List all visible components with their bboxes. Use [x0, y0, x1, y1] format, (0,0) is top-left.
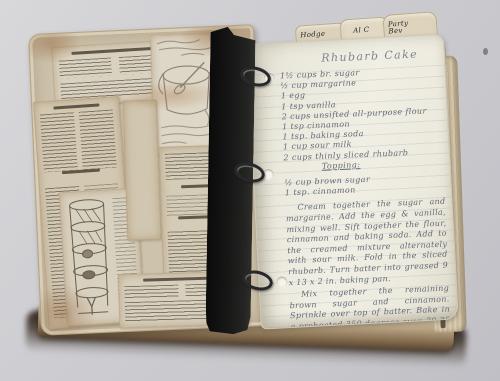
background-speck [483, 48, 488, 55]
clipping-list-column [40, 112, 78, 172]
index-tab-3-label: Party Bev [388, 19, 425, 35]
recipe-title: Rhubarb Cake [321, 47, 439, 65]
handwritten-recipe-text: Rhubarb Cake 1½ cups br. sugar ½ cup mar… [279, 47, 451, 330]
clipping-list-column [79, 109, 117, 169]
instructions-paragraph: Cream together the sugar and margarine. … [285, 197, 448, 288]
clipping-headline-bar [53, 103, 99, 109]
clipping-ingredient-column [59, 57, 112, 78]
index-tab-1-label: Hodge [300, 29, 342, 39]
photo-open-recipe-binder: Hodge Al C Party Bev Rhubarb Cake 1½ cup… [0, 0, 500, 381]
tiered-rack-engraving [63, 193, 117, 322]
newspaper-clipping-middle-column [123, 100, 162, 241]
clipping-ingredient-column [124, 285, 178, 299]
clipping-headline-bar [71, 47, 159, 55]
index-tab-2-label: Al C [353, 26, 385, 35]
right-page-handwritten-recipe: Rhubarb Cake 1½ cups br. sugar ½ cup mar… [246, 34, 459, 330]
